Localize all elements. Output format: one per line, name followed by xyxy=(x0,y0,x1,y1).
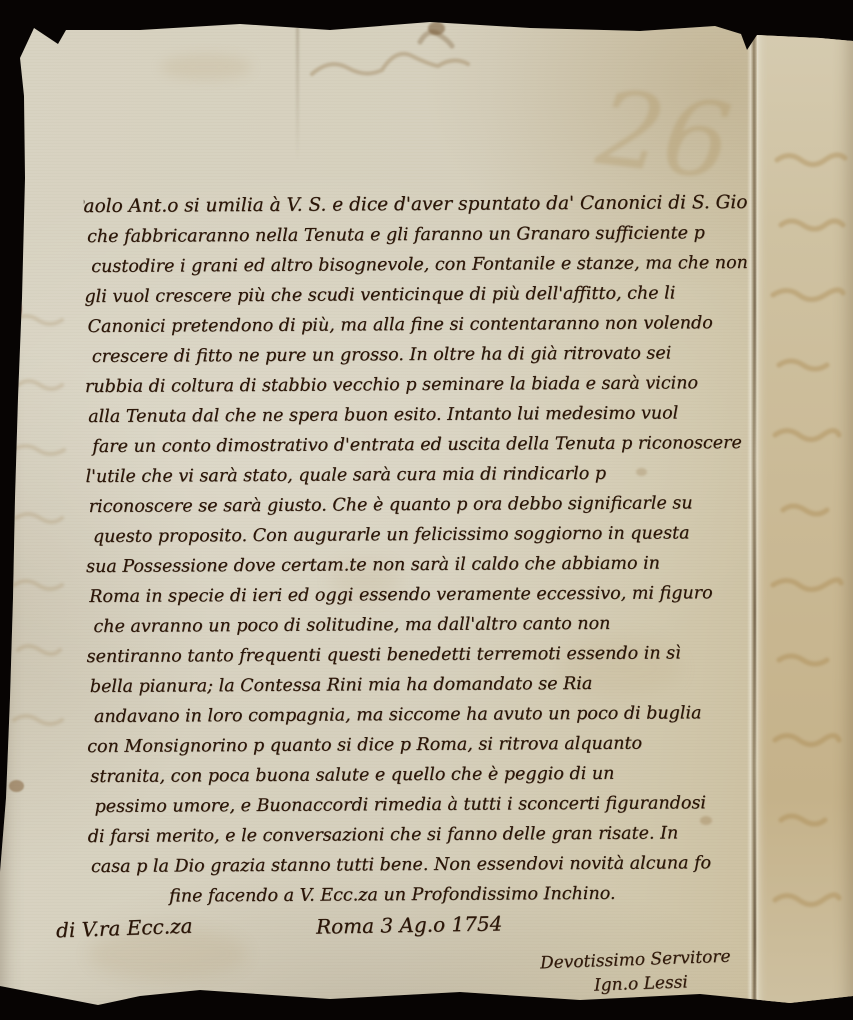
ink-stain xyxy=(428,22,445,35)
bleedthrough-numeral: 26 xyxy=(591,66,737,203)
manuscript-line: Roma in specie di ieri ed oggi essendo v… xyxy=(89,578,750,612)
manuscript-line: l'utile che vi sarà stato, quale sarà cu… xyxy=(85,458,749,492)
bleedthrough-text xyxy=(759,130,853,970)
manuscript-line: alla Tenuta dal che ne spera buon esito.… xyxy=(88,398,749,432)
manuscript-line: Canonici pretendono di più, ma alla fine… xyxy=(88,308,749,342)
fold-crease xyxy=(747,0,759,1020)
manuscript-line: con Monsignorino p quanto si dice p Roma… xyxy=(87,728,751,762)
manuscript-scan: 26 Paolo xyxy=(0,0,853,1020)
manuscript-line: che avranno un poco di solitudine, ma da… xyxy=(93,608,750,642)
manuscript-line: pessimo umore, e Buonaccordi rimedia à t… xyxy=(94,788,751,822)
signature-name: Ign.o Lessi xyxy=(594,972,688,995)
closing-salutation: di V.ra Ecc.za xyxy=(56,914,193,943)
manuscript-line: andavano in loro compagnia, ma siccome h… xyxy=(94,698,751,732)
manuscript-line: crescere di fitto ne pure un grosso. In … xyxy=(92,338,749,372)
manuscript-line: fine facendo a V. Ecc.za un Profondissim… xyxy=(95,878,752,912)
paper-discoloration xyxy=(160,54,252,80)
manuscript-line: riconoscere se sarà giusto. Che è quanto… xyxy=(89,488,750,522)
bleedthrough-left-margin xyxy=(6,290,78,760)
manuscript-line: gli vuol crescere più che scudi venticin… xyxy=(84,278,748,312)
dateline: Roma 3 Ag.o 1754 xyxy=(316,911,503,938)
manuscript-line: di farsi merito, e le conversazioni che … xyxy=(88,818,752,852)
letter-body: Paolo Ant.o si umilia à V. S. e dice d'a… xyxy=(84,188,752,912)
rust-stain xyxy=(15,300,22,318)
bleedthrough-scribble xyxy=(300,12,500,108)
fold-crack-line xyxy=(754,0,756,1020)
manuscript-line: che fabbricaranno nella Tenuta e gli far… xyxy=(87,218,748,252)
manuscript-line: fare un conto dimostrativo d'entrata ed … xyxy=(92,428,749,462)
letter-page-front: 26 Paolo xyxy=(0,0,853,1020)
manuscript-line: Paolo Ant.o si umilia à V. S. e dice d'a… xyxy=(84,188,748,222)
manuscript-line: questo proposito. Con augurarle un felic… xyxy=(93,518,750,552)
manuscript-line: custodire i grani ed altro bisognevole, … xyxy=(91,248,748,282)
rust-stain xyxy=(9,780,24,792)
manuscript-line: bella pianura; la Contessa Rini mia ha d… xyxy=(90,668,751,702)
manuscript-line: sentiranno tanto frequenti questi benede… xyxy=(87,638,751,672)
paper-crease xyxy=(296,0,299,160)
manuscript-line: sua Possessione dove certam.te non sarà … xyxy=(86,548,750,582)
manuscript-line: rubbia di coltura di stabbio vecchio p s… xyxy=(85,368,749,402)
manuscript-line: casa p la Dio grazia stanno tutti bene. … xyxy=(91,848,752,882)
manuscript-line: stranita, con poca buona salute e quello… xyxy=(90,758,751,792)
adjacent-page-edge xyxy=(757,0,853,1020)
